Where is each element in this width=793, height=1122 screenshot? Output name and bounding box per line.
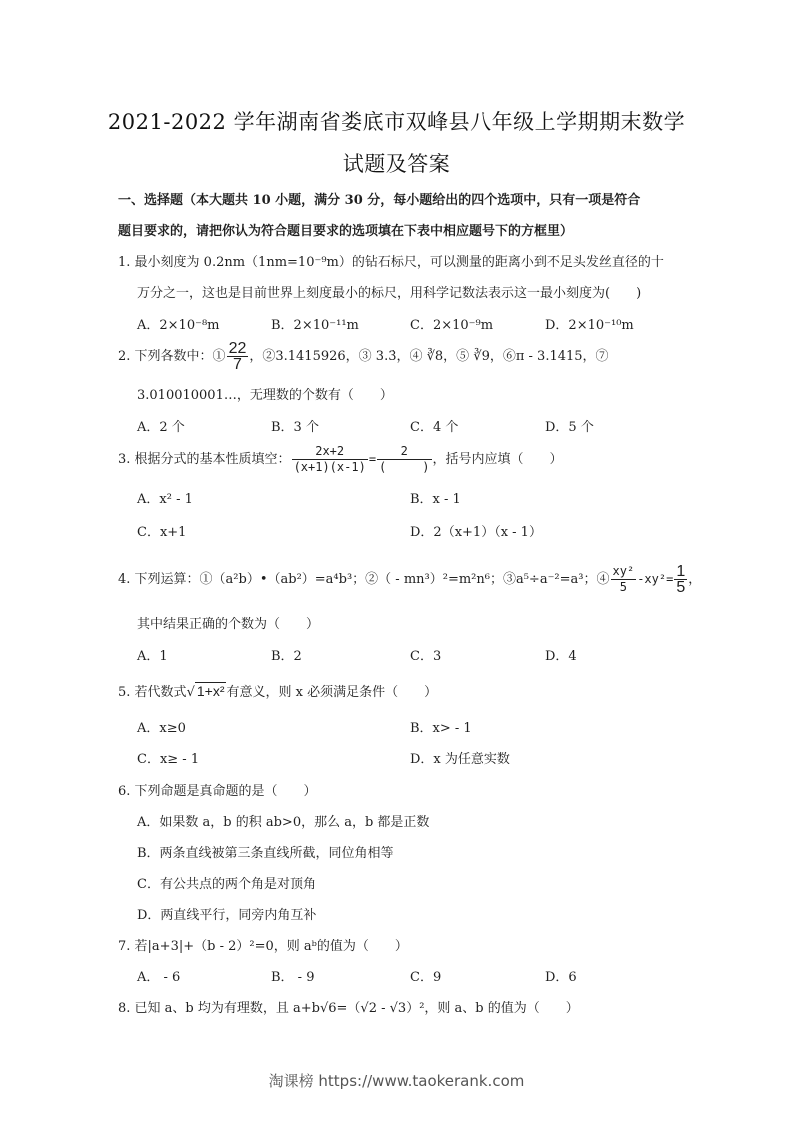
q3-option-d: D．2（x+1）（x - 1）	[410, 521, 542, 540]
question-3-line1: 3. 根据分式的基本性质填空：2x+2(x+1)(x-1)=2( )，括号内应填…	[118, 444, 563, 475]
q2-option-a: A．2 个	[137, 416, 185, 435]
document-page: 2021-2022 学年湖南省娄底市双峰县八年级上学期期末数学 试题及答案 一、…	[0, 0, 793, 1122]
q6-option-c: C．有公共点的两个角是对顶角	[137, 873, 316, 892]
question-text: 下列命题是真命题的是（ ）	[135, 784, 317, 799]
expression-mid: -xy²=	[637, 572, 673, 586]
page-title-line2: 试题及答案	[0, 148, 793, 178]
fraction-rhs: 2( )	[377, 444, 431, 475]
q4-option-a: A．1	[137, 645, 168, 664]
footer-watermark: 淘课榜 https://www.taokerank.com	[0, 1070, 793, 1091]
question-text-rest: ，②3.1415926，③ 3.3̇，④ ∛8，⑤ ∛9，⑥π - 3.1415…	[249, 349, 608, 364]
q7-option-b: B． - 9	[271, 966, 314, 985]
question-number: 1.	[118, 255, 130, 270]
q5-option-a: A．x≥0	[137, 717, 186, 736]
question-number: 2.	[118, 349, 130, 364]
question-text: 下列各数中：①	[135, 349, 226, 364]
q5-option-d: D．x 为任意实数	[410, 748, 510, 767]
q7-option-a: A． - 6	[137, 966, 180, 985]
q6-option-b: B．两条直线被第三条直线所截，同位角相等	[137, 842, 394, 861]
question-number: 7.	[118, 939, 130, 954]
q4-option-c: C．3	[410, 645, 441, 664]
q1-option-b: B．2×10⁻¹¹m	[271, 314, 359, 333]
section-heading-line2: 题目要求的，请把你认为符合题目要求的选项填在下表中相应题号下的方框里）	[118, 220, 573, 239]
square-root-expression: √1+x²	[187, 683, 227, 700]
fraction-xy2-5: xy²5	[611, 564, 637, 595]
q2-option-d: D．5 个	[545, 416, 594, 435]
question-7-line1: 7. 若|a+3|+（b - 2）²=0，则 aᵇ的值为（ ）	[118, 935, 408, 954]
question-number: 5.	[118, 685, 130, 700]
q1-option-a: A．2×10⁻⁸m	[137, 314, 220, 333]
q2-option-c: C．4 个	[410, 416, 458, 435]
question-text: 最小刻度为 0.2nm（1nm=10⁻⁹m）的钻石标尺，可以测量的距离小到不足头…	[135, 255, 664, 270]
q3-option-c: C．x+1	[137, 521, 186, 540]
question-number: 3.	[118, 452, 130, 467]
question-text-suffix: ，括号内应填（ ）	[433, 452, 563, 467]
question-text: 下列运算：①（a²b）•（ab²）=a⁴b³；②（ - mn³）²=m²n⁶；③…	[135, 572, 610, 587]
question-2-line2: 3.010010001…，无理数的个数有（ ）	[137, 384, 393, 403]
question-number: 6.	[118, 784, 130, 799]
question-1-line2: 万分之一，这也是目前世界上刻度最小的标尺，用科学记数法表示这一最小刻度为( )	[137, 282, 641, 301]
q6-option-d: D．两直线平行，同旁内角互补	[137, 904, 316, 923]
q6-option-a: A．如果数 a，b 的积 ab>0，那么 a，b 都是正数	[137, 811, 429, 830]
fraction-lhs: 2x+2(x+1)(x-1)	[292, 444, 368, 475]
q4-option-d: D．4	[545, 645, 577, 664]
question-1-line1: 1. 最小刻度为 0.2nm（1nm=10⁻⁹m）的钻石标尺，可以测量的距离小到…	[118, 251, 664, 270]
question-4-line2: 其中结果正确的个数为（ ）	[137, 613, 319, 632]
fraction-22-7: 227	[227, 341, 249, 372]
q7-option-c: C．9	[410, 966, 441, 985]
question-text: 根据分式的基本性质填空：	[135, 452, 291, 467]
equals-sign: =	[369, 452, 376, 466]
fraction-1-5: 15	[674, 564, 687, 595]
q3-option-b: B．x - 1	[410, 488, 461, 507]
q5-option-c: C．x≥ - 1	[137, 748, 199, 767]
q7-option-d: D．6	[545, 966, 577, 985]
question-text: 已知 a、b 均为有理数，且 a+b√6=（√2 - √3）²，则 a、b 的值…	[135, 1001, 579, 1016]
q2-option-b: B．3 个	[271, 416, 319, 435]
q1-option-c: C．2×10⁻⁹m	[410, 314, 493, 333]
question-number: 8.	[118, 1001, 130, 1016]
question-5-line1: 5. 若代数式√1+x²有意义，则 x 必须满足条件（ ）	[118, 681, 437, 700]
section-heading-line1: 一、选择题（本大题共 10 小题，满分 30 分，每小题给出的四个选项中，只有一…	[118, 189, 640, 208]
q4-option-b: B．2	[271, 645, 302, 664]
question-text: 若代数式	[135, 685, 187, 700]
question-8-line1: 8. 已知 a、b 均为有理数，且 a+b√6=（√2 - √3）²，则 a、b…	[118, 997, 579, 1016]
question-6-line1: 6. 下列命题是真命题的是（ ）	[118, 780, 317, 799]
question-4-line1: 4. 下列运算：①（a²b）•（ab²）=a⁴b³；②（ - mn³）²=m²n…	[118, 564, 701, 595]
punctuation: ，	[688, 572, 701, 587]
q3-option-a: A．x² - 1	[137, 488, 193, 507]
question-number: 4.	[118, 572, 130, 587]
page-title-line1: 2021-2022 学年湖南省娄底市双峰县八年级上学期期末数学	[0, 106, 793, 136]
q5-option-b: B．x> - 1	[410, 717, 472, 736]
question-2-line1: 2. 下列各数中：①227，②3.1415926，③ 3.3̇，④ ∛8，⑤ ∛…	[118, 341, 609, 372]
q1-option-d: D．2×10⁻¹⁰m	[545, 314, 634, 333]
question-text-suffix: 有意义，则 x 必须满足条件（ ）	[226, 685, 437, 700]
question-text: 若|a+3|+（b - 2）²=0，则 aᵇ的值为（ ）	[135, 939, 408, 954]
